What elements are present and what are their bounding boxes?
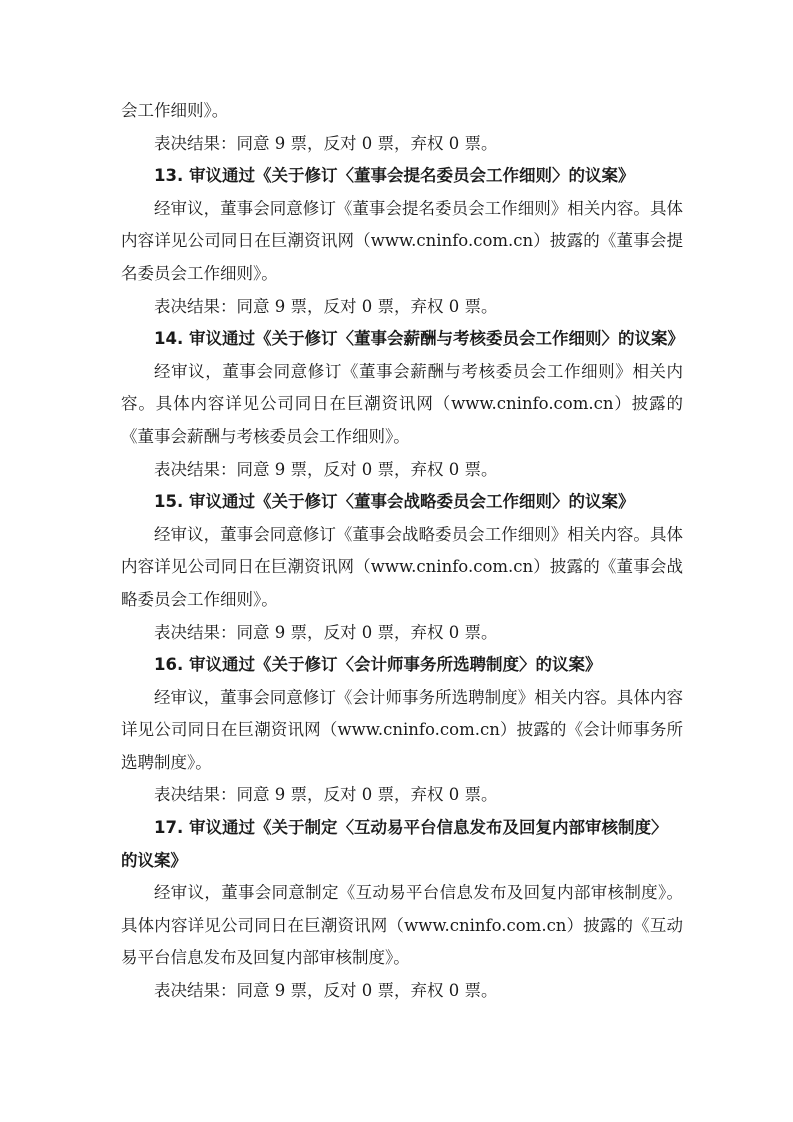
resolution-15: 15. 审议通过《关于修订〈董事会战略委员会工作细则〉的议案》 经审议，董事会同… xyxy=(121,486,683,649)
resolution-body: 经审议，董事会同意修订《董事会提名委员会工作细则》相关内容。具体内容详见公司同日… xyxy=(121,193,683,291)
vote-result: 表决结果：同意 9 票，反对 0 票，弃权 0 票。 xyxy=(121,975,683,1008)
continuation-text: 会工作细则》。 xyxy=(121,95,683,128)
document-page: 会工作细则》。 表决结果：同意 9 票，反对 0 票，弃权 0 票。 13. 审… xyxy=(121,95,683,1008)
vote-result: 表决结果：同意 9 票，反对 0 票，弃权 0 票。 xyxy=(121,779,683,812)
vote-result: 表决结果：同意 9 票，反对 0 票，弃权 0 票。 xyxy=(121,291,683,324)
resolution-heading: 14. 审议通过《关于修订〈董事会薪酬与考核委员会工作细则〉的议案》 xyxy=(121,323,683,356)
resolution-body: 经审议，董事会同意修订《董事会薪酬与考核委员会工作细则》相关内容。具体内容详见公… xyxy=(121,356,683,454)
vote-result: 表决结果：同意 9 票，反对 0 票，弃权 0 票。 xyxy=(121,128,683,161)
resolution-body: 经审议，董事会同意制定《互动易平台信息发布及回复内部审核制度》。具体内容详见公司… xyxy=(121,877,683,975)
vote-result: 表决结果：同意 9 票，反对 0 票，弃权 0 票。 xyxy=(121,617,683,650)
resolution-16: 16. 审议通过《关于修订〈会计师事务所选聘制度〉的议案》 经审议，董事会同意修… xyxy=(121,649,683,812)
resolution-14: 14. 审议通过《关于修订〈董事会薪酬与考核委员会工作细则〉的议案》 经审议，董… xyxy=(121,323,683,486)
resolution-13: 13. 审议通过《关于修订〈董事会提名委员会工作细则〉的议案》 经审议，董事会同… xyxy=(121,160,683,323)
resolution-heading: 16. 审议通过《关于修订〈会计师事务所选聘制度〉的议案》 xyxy=(121,649,683,682)
resolution-17: 17. 审议通过《关于制定〈互动易平台信息发布及回复内部审核制度〉的议案》 经审… xyxy=(121,812,683,1008)
resolution-heading: 13. 审议通过《关于修订〈董事会提名委员会工作细则〉的议案》 xyxy=(121,160,683,193)
resolution-heading: 15. 审议通过《关于修订〈董事会战略委员会工作细则〉的议案》 xyxy=(121,486,683,519)
resolution-body: 经审议，董事会同意修订《会计师事务所选聘制度》相关内容。具体内容详见公司同日在巨… xyxy=(121,682,683,780)
vote-result: 表决结果：同意 9 票，反对 0 票，弃权 0 票。 xyxy=(121,454,683,487)
resolution-heading: 17. 审议通过《关于制定〈互动易平台信息发布及回复内部审核制度〉的议案》 xyxy=(121,812,683,877)
resolution-body: 经审议，董事会同意修订《董事会战略委员会工作细则》相关内容。具体内容详见公司同日… xyxy=(121,519,683,617)
